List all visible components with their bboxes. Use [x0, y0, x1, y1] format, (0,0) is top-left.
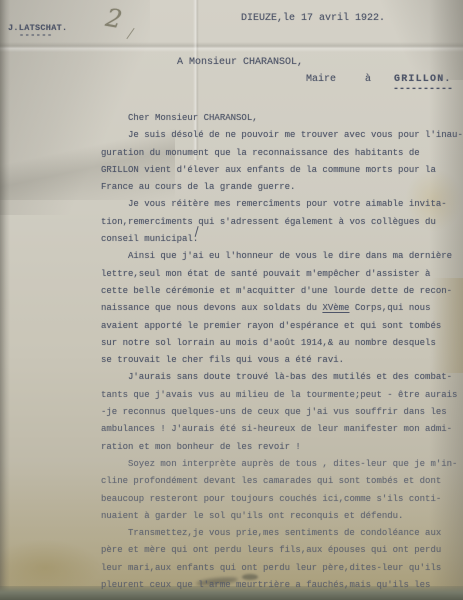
body-line: pleurent ceux que l'arme meurtrière a fa… [0, 577, 463, 594]
body-line: Transmettez,je vous prie,mes sentiments … [0, 525, 463, 542]
line-text: père et mère qui ont perdu leurs fils,au… [101, 545, 441, 555]
body-line: tants que j'avais vus au milieu de la to… [0, 387, 463, 404]
body-line: sur notre sol lorrain au mois d'août 191… [0, 335, 463, 352]
body-line: se trouvait le cher fils qui vous a été … [0, 352, 463, 369]
body-line: cette belle cérémonie et m'acquitter d'u… [0, 283, 463, 300]
body-line: J'aurais sans doute trouvé là-bas des mu… [0, 369, 463, 386]
line-text: GRILLON vient d'élever aux enfants de la… [101, 165, 436, 175]
body-line: -je reconnus quelques-uns de ceux que j'… [0, 404, 463, 421]
recipient-preposition: à [365, 74, 371, 85]
line-text: France au cours de la grande guerre. [101, 182, 295, 192]
line-text: Je suis désolé de ne pouvoir me trouver … [128, 130, 463, 140]
line-text: sur notre sol lorrain au mois d'août 191… [101, 338, 436, 348]
line-text: lettre,seul mon état de santé pouvait m'… [101, 269, 430, 279]
body-line: Je vous réitère mes remercîments pour vo… [0, 196, 463, 213]
line-text: cline profondément devant les camarades … [101, 476, 441, 486]
body-line: ambulances ! J'aurais été si-heureux de … [0, 421, 463, 438]
dateline: DIEUZE,le 17 avril 1922. [241, 13, 385, 24]
sender-underline: ------ [19, 30, 53, 40]
line-text: beaucoup resteront pour toujours couchés… [101, 494, 441, 504]
body-line: lettre,seul mon état de santé pouvait m'… [0, 266, 463, 283]
body-line: Ainsi que j'ai eu l'honneur de vous le d… [0, 248, 463, 265]
line-text: avaient apporté le premier rayon d'espér… [101, 321, 441, 331]
body-line: guration du monument que la reconnaissan… [0, 145, 463, 162]
line-text: pleurent ceux que l'arme meurtrière a fa… [101, 580, 430, 590]
body-line: père et mère qui ont perdu leurs fils,au… [0, 542, 463, 559]
body-line: naissance que nous devons aux soldats du… [0, 300, 463, 317]
line-text: Cher Monsieur CHARANSOL, [128, 113, 258, 123]
line-text: Je vous réitère mes remercîments pour vo… [128, 199, 447, 209]
line-text: Corps,qui nous [349, 303, 430, 313]
body-line: leur mari,aux enfants qui ont perdu leur… [0, 560, 463, 577]
line-text: nuaient à garder le sol qu'ils ont recon… [101, 511, 403, 521]
body-line: tion,remercîments qui s'adressent égalem… [0, 214, 463, 231]
recipient-title: Maire [306, 74, 336, 85]
line-text: -je reconnus quelques-uns de ceux que j'… [101, 407, 447, 417]
body-line: ration et mon bonheur de les revoir ! [0, 439, 463, 456]
body-line: nuaient à garder le sol qu'ils ont recon… [0, 508, 463, 525]
body-line: conseil municipal. [0, 231, 463, 248]
line-text: tants que j'avais vus au milieu de la to… [101, 390, 457, 400]
recipient-line: A Monsieur CHARANSOL, [177, 57, 303, 68]
body-line: Cher Monsieur CHARANSOL, [0, 110, 463, 127]
body-line: cline profondément devant les camarades … [0, 473, 463, 490]
body-line: avaient apporté le premier rayon d'espér… [0, 318, 463, 335]
body-line: France au cours de la grande guerre. [0, 179, 463, 196]
letter-body: Cher Monsieur CHARANSOL,Je suis désolé d… [0, 110, 463, 594]
line-text: tion,remercîments qui s'adressent égalem… [101, 217, 436, 227]
body-line: Soyez mon interprète auprès de tous , di… [0, 456, 463, 473]
line-text: Ainsi que j'ai eu l'honneur de vous le d… [128, 251, 452, 261]
line-text: naissance que nous devons aux soldats du [101, 303, 322, 313]
line-text: cette belle cérémonie et m'acquitter d'u… [101, 286, 452, 296]
body-line: Je suis désolé de ne pouvoir me trouver … [0, 127, 463, 144]
line-text: leur mari,aux enfants qui ont perdu leur… [101, 563, 441, 573]
line-text: ambulances ! J'aurais été si-heureux de … [101, 424, 452, 434]
recipient-place-underline: ---------- [393, 84, 453, 95]
body-line: GRILLON vient d'élever aux enfants de la… [0, 162, 463, 179]
line-text: ration et mon bonheur de les revoir ! [101, 442, 301, 452]
line-text: guration du monument que la reconnaissan… [101, 148, 420, 158]
line-text: J'aurais sans doute trouvé là-bas des mu… [128, 372, 452, 382]
body-line: beaucoup resteront pour toujours couchés… [0, 491, 463, 508]
line-text: conseil municipal. [101, 234, 198, 244]
line-text: Soyez mon interprète auprès de tous , di… [128, 459, 457, 469]
letter-photograph: J.LATSCHAT. ------ 2 DIEUZE,le 17 avril … [0, 0, 463, 600]
line-text: Transmettez,je vous prie,mes sentiments … [128, 528, 441, 538]
line-text: se trouvait le cher fils qui vous a été … [101, 355, 344, 365]
underlined-text: XVème [322, 303, 349, 313]
